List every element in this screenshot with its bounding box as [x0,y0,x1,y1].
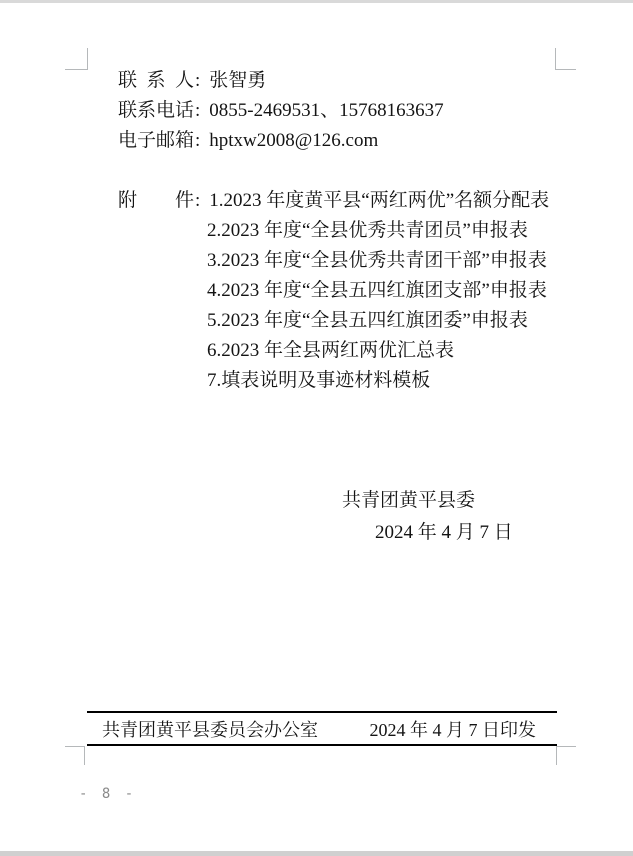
issuance-footer: 共青团黄平县委员会办公室 2024 年 4 月 7 日印发 [87,713,557,744]
text-boundary-mark-top-left [65,48,88,70]
attachment-item: 6.2023 年全县两红两优汇总表 [207,336,549,366]
attachments-label: 附件 [118,186,194,216]
attachments-block: 附件:1.2023 年度黄平县“两红两优”名额分配表 2.2023 年度“全县优… [118,186,549,396]
page-bottom-edge [0,851,633,856]
contact-email-row: 电子邮箱:hptxw2008@126.com [118,126,444,156]
text-boundary-mark-top-right [555,48,576,70]
contact-person-label: 联系人 [118,66,194,96]
text-boundary-mark-bottom-left [65,746,85,765]
text-boundary-mark-bottom-right [556,746,576,765]
signature-date: 2024 年 4 月 7 日 [375,522,513,544]
attachment-item: 7.填表说明及事迹材料模板 [207,366,549,396]
attachment-item: 4.2023 年度“全县五四红旗团支部”申报表 [207,276,549,306]
attachment-item: 3.2023 年度“全县优秀共青团干部”申报表 [207,246,549,276]
attachment-item-text: 1.2023 年度黄平县“两红两优”名额分配表 [209,190,549,211]
footer-rule-bottom [87,744,557,746]
page-number: - 8 - [79,786,136,802]
colon: : [195,126,200,156]
attachment-item: 5.2023 年度“全县五四红旗团委”申报表 [207,306,549,336]
contact-phone-value: 0855-2469531、15768163637 [209,100,443,121]
contact-phone-row: 联系电话:0855-2469531、15768163637 [118,96,444,126]
page-top-edge [0,0,633,3]
contact-block: 联系人:张智勇 联系电话:0855-2469531、15768163637 电子… [118,66,444,156]
contact-phone-label: 联系电话 [118,96,194,126]
footer-print-date: 2024 年 4 月 7 日印发 [370,716,537,742]
contact-person-value: 张智勇 [209,70,266,91]
colon: : [195,66,200,96]
signature-organization: 共青团黄平县委 [342,490,475,512]
attachment-item: 2.2023 年度“全县优秀共青团员”申报表 [207,216,549,246]
footer-issuer: 共青团黄平县委员会办公室 [102,716,318,742]
colon: : [195,186,200,216]
document-page: 联系人:张智勇 联系电话:0855-2469531、15768163637 电子… [0,0,633,856]
contact-person-row: 联系人:张智勇 [118,66,444,96]
colon: : [195,96,200,126]
contact-email-value: hptxw2008@126.com [209,130,378,151]
contact-email-label: 电子邮箱 [118,126,194,156]
attachment-item: 附件:1.2023 年度黄平县“两红两优”名额分配表 [118,186,549,216]
